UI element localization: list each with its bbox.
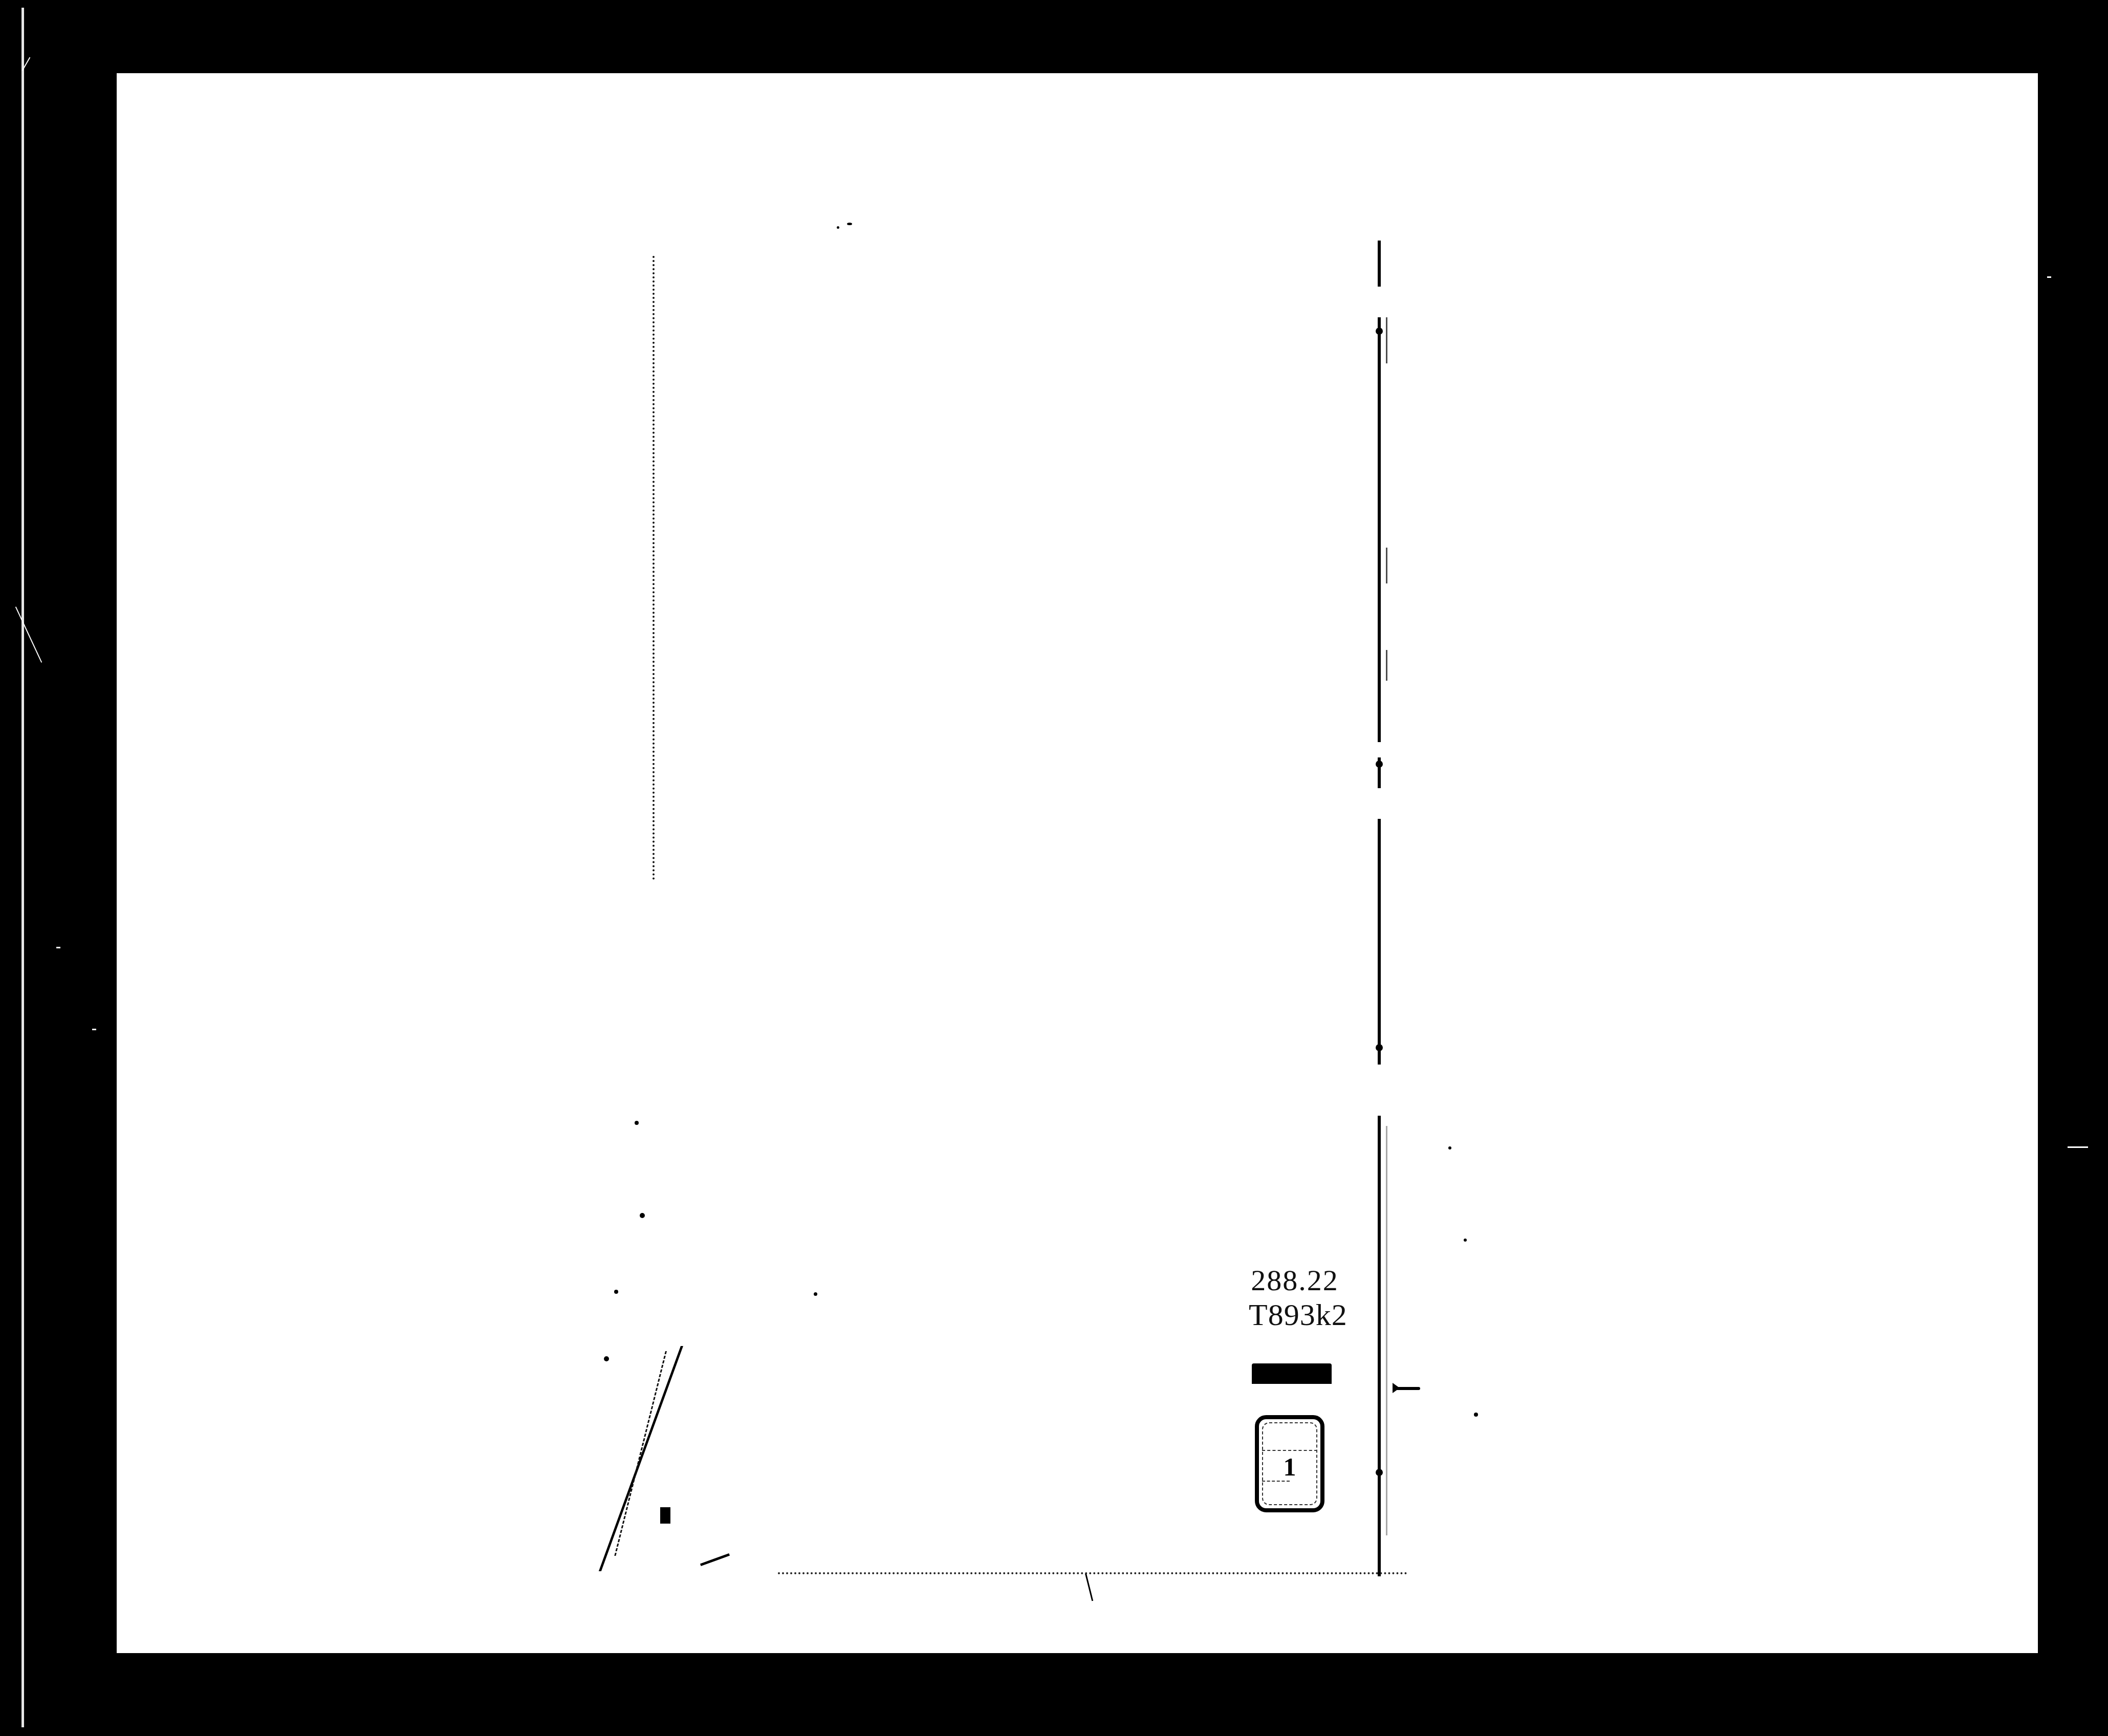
film-speck (2068, 1146, 2088, 1148)
volume-box-divider (1262, 1450, 1317, 1451)
page-left-edge (653, 256, 655, 880)
call-number-line2: T893k2 (1249, 1297, 1341, 1333)
spine-shadow (1386, 650, 1387, 681)
film-edge-line (21, 8, 24, 1727)
scanned-page (117, 73, 2038, 1653)
speck (814, 1292, 817, 1296)
film-speck (2047, 276, 2051, 278)
spine-mark (1376, 1044, 1383, 1051)
speck (847, 223, 852, 225)
call-number-line1: 288.22 (1249, 1264, 1341, 1297)
spine-gap (1376, 788, 1383, 819)
speck (1464, 1239, 1467, 1242)
spine-mark (1376, 328, 1383, 335)
spine-mark (1376, 761, 1383, 768)
book-spine-line (1378, 241, 1381, 1576)
spine-gap (1376, 1065, 1383, 1116)
page-bottom-edge (778, 1572, 1407, 1574)
arrow-mark-icon (1395, 1387, 1420, 1390)
spine-gap (1376, 287, 1383, 317)
volume-label-box: 1 (1255, 1415, 1324, 1512)
volume-number: 1 (1259, 1452, 1320, 1482)
spine-mark (1376, 1469, 1383, 1476)
call-number-label: 288.22 T893k2 (1249, 1264, 1341, 1333)
speck (1474, 1413, 1478, 1417)
speck (614, 1290, 618, 1294)
film-speck (92, 1029, 96, 1030)
label-black-bar (1252, 1363, 1332, 1384)
film-edge-scratch (15, 606, 42, 663)
spine-gap (1376, 742, 1383, 757)
spine-shadow (1386, 317, 1387, 363)
speck (640, 1213, 645, 1218)
speck (604, 1356, 609, 1361)
spine-shadow (1386, 548, 1387, 583)
speck (837, 226, 839, 229)
spine-shadow (1386, 1126, 1387, 1535)
speck (635, 1121, 639, 1125)
speck (1448, 1146, 1451, 1149)
ink-blot (660, 1507, 670, 1524)
film-speck (56, 947, 60, 948)
